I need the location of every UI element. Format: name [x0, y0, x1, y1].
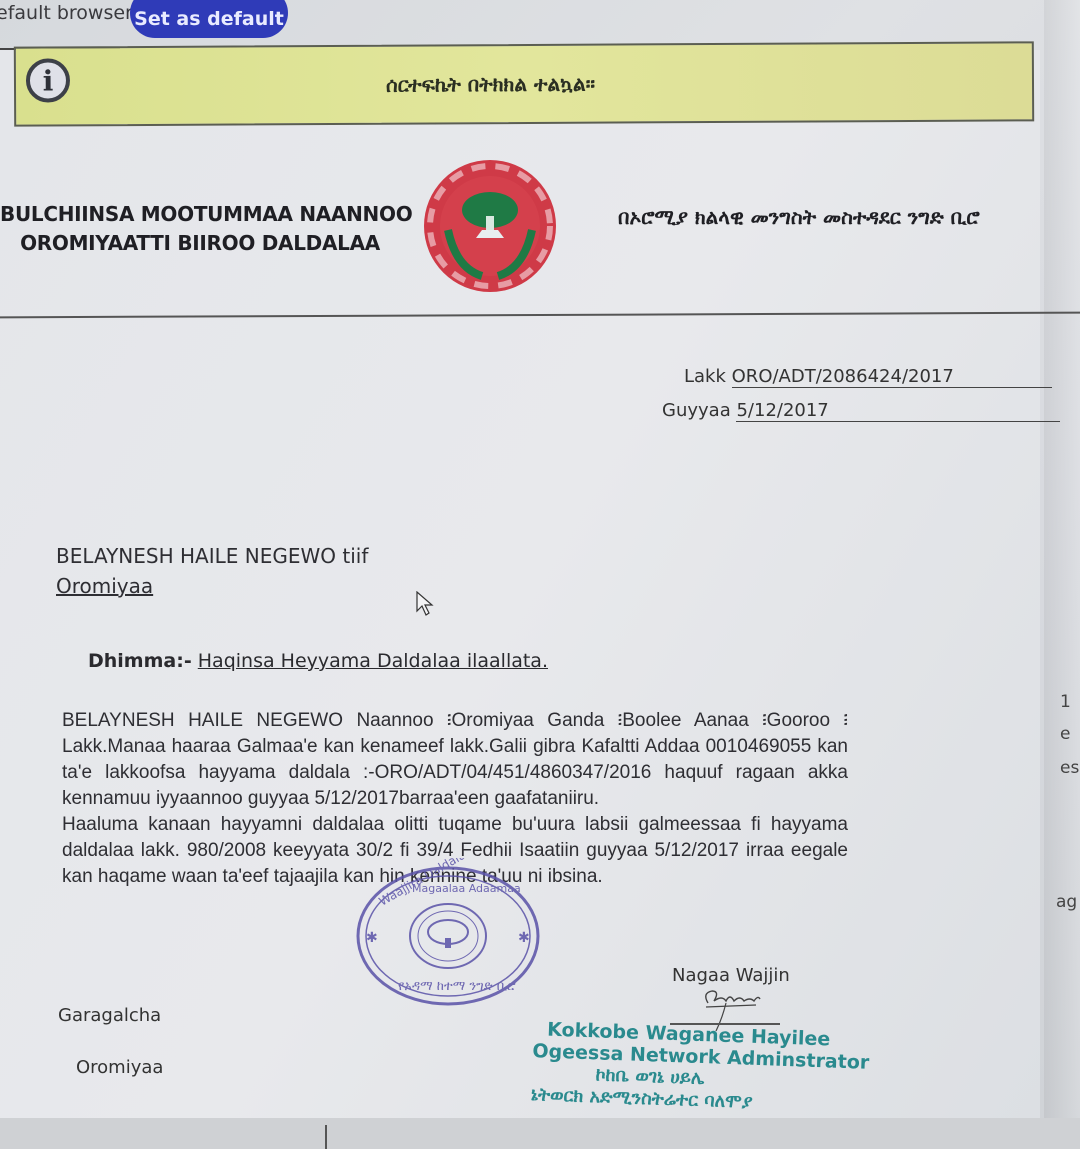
certificate-notice-banner: i ሰርተፍኬት በትክክል ተልኳል። [14, 41, 1034, 126]
subject-line: Dhimma:- Haqinsa Heyyama Daldalaa ilaall… [88, 650, 548, 672]
adjacent-window-fragment: ag [1056, 892, 1077, 912]
date-value: 5/12/2017 [736, 400, 1060, 422]
official-name-stamp: Kokkobe Waganee Hayilee Ogeessa Network … [531, 1018, 871, 1118]
reference-number-row: Lakk ORO/ADT/2086424/2017 [684, 366, 1052, 388]
browser-default-bar: efault browser Set as default [0, 0, 1080, 46]
screen-edge-shade [1044, 0, 1080, 1149]
org-name-line2: OROMIYAATTI BIIROO DALDALAA [0, 229, 400, 258]
set-as-default-button[interactable]: Set as default [130, 0, 288, 38]
reference-number-label: Lakk [684, 366, 726, 387]
oromia-emblem-logo [422, 158, 558, 294]
cc-recipient: Oromiyaa [76, 1057, 163, 1078]
date-label: Guyyaa [662, 400, 731, 421]
recipient-location: Oromiyaa [56, 574, 153, 598]
svg-text:✱: ✱ [518, 930, 530, 946]
default-browser-text: efault browser [0, 2, 133, 24]
subject-label: Dhimma:- [88, 650, 192, 672]
info-icon: i [26, 58, 70, 102]
organization-name-oromo: BULCHIINSA MOOTUMMAA NAANNOO OROMIYAATTI… [0, 200, 400, 258]
cc-label: Garagalcha [58, 1005, 161, 1026]
body-paragraph-1: BELAYNESH HAILE NEGEWO Naannoo ፧Oromiyaa… [62, 708, 848, 812]
closing-salutation: Nagaa Wajjin [672, 965, 790, 986]
bottom-panel [0, 1118, 1080, 1149]
notice-message: ሰርተፍኬት በትክክል ተልኳል። [386, 72, 595, 97]
svg-text:✱: ✱ [366, 930, 378, 946]
office-stamp: Waajjira Daldalaa Magaalaa Adaamaa የአዳማ … [352, 858, 544, 1008]
organization-name-amharic: በኦሮሚያ ክልላዊ መንግስት መስተዳደር ንግድ ቢሮ [618, 205, 980, 229]
date-row: Guyyaa 5/12/2017 [662, 400, 1060, 422]
mouse-cursor-icon [416, 591, 434, 617]
adjacent-window-fragment: 1 [1060, 692, 1071, 712]
adjacent-window-fragment: e [1060, 724, 1070, 744]
subject-text: Haqinsa Heyyama Daldalaa ilaallata. [198, 650, 548, 672]
recipient-name: BELAYNESH HAILE NEGEWO tiif [56, 544, 368, 568]
svg-text:Magaalaa Adaamaa: Magaalaa Adaamaa [412, 882, 521, 895]
svg-text:የአዳማ ከተማ ንግድ ቢሮ: የአዳማ ከተማ ንግድ ቢሮ [398, 979, 516, 994]
bottom-panel-divider [325, 1125, 327, 1149]
adjacent-window-fragment: es [1060, 758, 1079, 778]
org-name-line1: BULCHIINSA MOOTUMMAA NAANNOO [0, 200, 400, 229]
reference-number-value: ORO/ADT/2086424/2017 [732, 366, 1052, 388]
